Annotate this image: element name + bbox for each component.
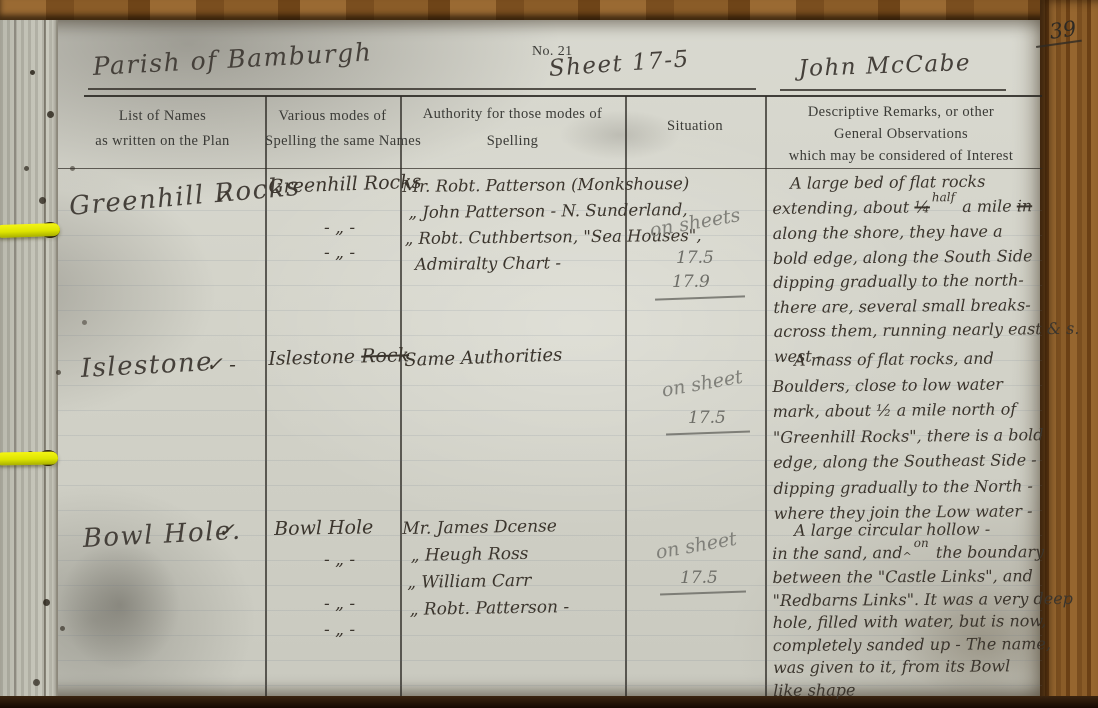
check-mark: ✓ — [218, 518, 235, 542]
column-rule — [765, 96, 767, 696]
struck-word: Rock — [361, 344, 409, 367]
binding-string — [0, 451, 58, 465]
remark-line: dipping gradually to the North - — [773, 473, 1044, 501]
col-header-situation: Situation — [625, 118, 765, 135]
struck-word: ¼ — [914, 197, 930, 216]
table-top-rule — [84, 95, 1042, 97]
page-crease — [14, 16, 16, 702]
remark-fragment: the boundary — [936, 542, 1044, 562]
remark-line: "Redbarns Links". It was a very deep — [772, 587, 1072, 612]
remark-line: dipping gradually to the north- — [773, 268, 1079, 296]
remark-line: was given to it, from its Bowl — [773, 655, 1073, 680]
col-header-authority-2: Spelling — [400, 133, 625, 150]
remark-fragment: extending, about — [772, 197, 909, 217]
remark-line: A large circular hollow - — [794, 518, 1072, 542]
ditto-mark: - „ - — [324, 550, 355, 570]
remark-line: Boulders, close to low water — [772, 371, 1043, 399]
remark-line: like shape — [773, 677, 1073, 702]
remark-line: edge, along the Southeast Side - — [773, 447, 1044, 475]
spelling-entry: Bowl Hole — [274, 516, 373, 540]
inserted-word: on — [914, 535, 929, 549]
remark-fragment: a mile — [962, 196, 1012, 216]
col-header-remarks-1: Descriptive Remarks, or other — [765, 104, 1037, 121]
authority-line: „ Heugh Ross — [410, 540, 568, 570]
remarks-text: A large bed of flat rocks extending, abo… — [772, 169, 1080, 369]
authority-line: Admiralty Chart - — [415, 249, 702, 278]
signature-underline — [780, 89, 1006, 91]
ditto-mark: - „ - — [324, 243, 355, 263]
remark-line: bold edge, along the South Side — [773, 243, 1079, 271]
binding-edge — [0, 16, 58, 702]
authority-line: Mr. James Dcense — [402, 513, 568, 543]
remark-line: between the "Castle Links", and — [772, 565, 1072, 590]
remark-line: mark, about ½ a mile north of — [773, 396, 1044, 424]
authority-line: Mr. Robt. Patterson (Monkshouse) — [402, 171, 701, 200]
page-crease — [44, 16, 46, 702]
struck-word: in — [1017, 196, 1033, 215]
authorities-list: Mr. James Dcense „ Heugh Ross „ William … — [402, 513, 569, 624]
wood-frame-top — [0, 0, 1098, 20]
situation-sheet: 17.5 — [676, 248, 714, 268]
col-header-names-2: as written on the Plan — [60, 133, 265, 150]
remark-line: there are, several small breaks- — [773, 292, 1079, 320]
paper-specks — [30, 70, 35, 75]
header-underline — [88, 88, 756, 90]
remarks-text: A large circular hollow - in the sand, a… — [772, 518, 1074, 702]
remarks-text: A mass of flat rocks, and Boulders, clos… — [772, 345, 1044, 526]
authority-line: „ Robt. Patterson - — [409, 594, 569, 624]
col-header-authority-1: Authority for those modes of — [400, 106, 625, 123]
remark-line: across them, running nearly east & s. — [774, 317, 1080, 345]
remark-line: extending, about ¼half a mile in — [772, 193, 1078, 222]
ditto-mark: - „ - — [324, 620, 355, 640]
authority-line: „ William Carr — [407, 567, 569, 597]
remark-line: "Greenhill Rocks", there is a bold — [773, 422, 1044, 450]
remark-line: along the shore, they have a — [773, 219, 1079, 247]
remark-line: in the sand, and^on the boundary — [772, 540, 1072, 567]
situation-sheet: 17.5 — [688, 408, 726, 428]
ditto-mark: - „ - — [324, 594, 355, 614]
table-header-rule — [58, 168, 1042, 169]
col-header-names-1: List of Names — [60, 108, 265, 125]
spelling-entry: Islestone Rock — [268, 344, 409, 370]
col-header-remarks-3: which may be considered of Interest — [765, 148, 1037, 165]
col-header-remarks-2: General Observations — [765, 126, 1037, 143]
scanned-ledger-page: 39 Parish of Bamburgh No. 21 Sheet 17-5 … — [0, 0, 1098, 708]
remark-fragment: in the sand, and — [772, 543, 902, 563]
remark-line: A mass of flat rocks, and — [794, 345, 1043, 373]
remark-line: hole, filled with water, but is now, — [773, 610, 1073, 635]
col-header-spelling-2: Spelling the same Names — [265, 133, 400, 150]
spelling-word: Islestone — [268, 346, 355, 370]
col-header-spelling-1: Various modes of — [265, 108, 400, 125]
caret-mark: ^ — [903, 550, 912, 563]
inserted-word: half — [932, 190, 955, 204]
situation-sheet: 17.5 — [680, 568, 718, 588]
ditto-mark: - „ - — [324, 218, 355, 238]
binding-string — [0, 223, 60, 238]
remark-line: completely sanded up - The name, — [773, 632, 1073, 657]
check-mark: ✓ — [214, 184, 231, 208]
check-mark: ✓ - — [206, 352, 236, 376]
situation-sheet: 17.9 — [672, 272, 710, 292]
